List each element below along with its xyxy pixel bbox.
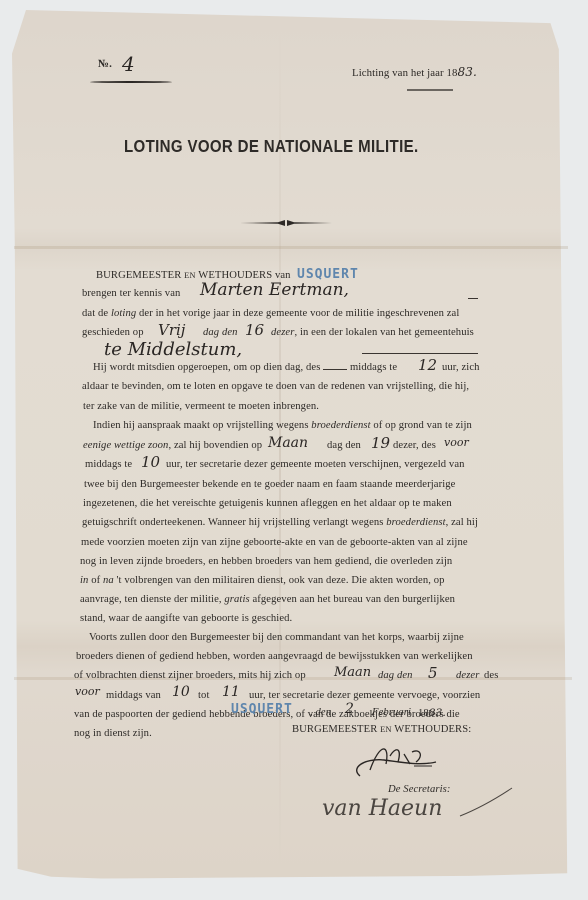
page-title: LOTING VOOR DE NATIONALE MILITIE. [124, 136, 419, 157]
documents-ampm: voor [75, 685, 100, 698]
para2-dezer-des: dezer, des [393, 440, 436, 451]
para3-des: des [484, 670, 498, 681]
para3-dag-den: dag den [378, 670, 413, 681]
documents-day: 5 [428, 664, 438, 682]
closing-day: 2 [345, 701, 354, 717]
lottery-location: te Middelstum, [104, 339, 242, 360]
lichting-year-handwritten: 83. [458, 65, 477, 79]
ornament-divider-icon [240, 218, 332, 228]
para3-line-2: broeders dienen of gediend hebben, worde… [76, 651, 473, 662]
number-label: №. [98, 58, 112, 70]
para3-middags-van: middags van [106, 690, 161, 701]
mayor-signature: J.W.Ha. [350, 736, 446, 784]
documents-from-hour: 10 [172, 684, 190, 700]
para3-line-1: Voorts zullen door den Burgemeester bij … [89, 632, 464, 643]
para2-line-2: eenige wettige zoon, zal hij bovendien o… [83, 440, 262, 451]
para2-line-6: getuigschrift onderteekenen. Wanneer hij… [82, 517, 478, 528]
para2-line-11: stand, waar de aangifte van geboorte is … [80, 613, 292, 624]
para3-line-4: uur, ter secretarie dezer gemeente vervo… [249, 690, 480, 701]
number-value: 4 [122, 52, 135, 76]
para2-line-10: aanvrage, ten dienste der militie, grati… [80, 594, 455, 605]
lichting-year: Lichting van het jaar 1883. [352, 65, 477, 79]
documents-weekday: Maan [334, 665, 371, 680]
para2-line-7: mede voorzien moeten zijn van zijne gebo… [81, 537, 468, 548]
intro-line-4: geschieden op [82, 327, 144, 338]
intro-line-3: dat de loting der in het vorige jaar in … [82, 308, 459, 319]
para1-line-1: Hij wordt mitsdien opgeroepen, om op die… [93, 362, 397, 373]
closing-year: 1883. [418, 707, 446, 719]
intro-line-4-end: dezer, in een der lokalen van het gemeen… [271, 327, 474, 338]
para3-dezer: dezer [456, 670, 479, 681]
name-dash [468, 298, 478, 299]
para2-line-3: uur, ter secretarie dezer gemeente moete… [166, 459, 465, 470]
para2-dag-den: dag den [327, 440, 361, 451]
para2-line-9: in of na 't volbrengen van den militaire… [80, 575, 445, 586]
exemption-weekday: Maan [268, 435, 308, 451]
para2-line-5: ingezetenen, die het vereischte getuigen… [83, 498, 452, 509]
horizontal-fold-line-top [14, 246, 568, 249]
number-underline [90, 81, 172, 83]
place-stamp: USQUERT [231, 702, 293, 717]
closing-signatory: BURGEMEESTER EN WETHOUDERS: [292, 724, 471, 735]
lichting-underline [407, 89, 453, 91]
para1-line-1-end: uur, zich [442, 362, 480, 373]
lichting-label: Lichting van het jaar 18 [352, 67, 458, 79]
para1-line-2: aldaar te bevinden, om te loten en opgav… [82, 381, 469, 392]
para2-line-8: nog in leven zijnde broeders, en hebben … [80, 556, 452, 567]
para1-line-3: ter zake van de militie, vermeent te moe… [83, 401, 319, 412]
lottery-day: 16 [245, 321, 264, 339]
dag-den-label: dag den [203, 327, 238, 338]
lottery-hour: 12 [418, 356, 437, 374]
para3-tot: tot [198, 690, 209, 701]
exemption-ampm: voor [444, 436, 469, 449]
intro-line-2: brengen ter kennis van [82, 288, 180, 299]
closing-den: , den [310, 707, 331, 718]
location-fill-line [362, 353, 478, 354]
exemption-hour: 10 [141, 453, 160, 471]
para3-line-6: nog in dienst zijn. [74, 728, 152, 739]
documents-to-hour: 11 [222, 684, 240, 700]
para2-line-1: Indien hij aanspraak maakt op vrijstelli… [93, 420, 472, 431]
exemption-day: 19 [371, 434, 390, 452]
para3-line-3: of volbrachten dienst zijner broeders, m… [74, 670, 306, 681]
para2-middags-te: middags te [85, 459, 132, 470]
person-name: Marten Eertman, [200, 280, 349, 300]
para2-line-4: twee bij den Burgemeester bekende en te … [84, 479, 455, 490]
ampm-blank [323, 369, 347, 370]
lottery-weekday: Vrij [158, 321, 185, 339]
secretary-flourish-icon [400, 784, 520, 824]
closing-month: Februari [372, 707, 411, 718]
